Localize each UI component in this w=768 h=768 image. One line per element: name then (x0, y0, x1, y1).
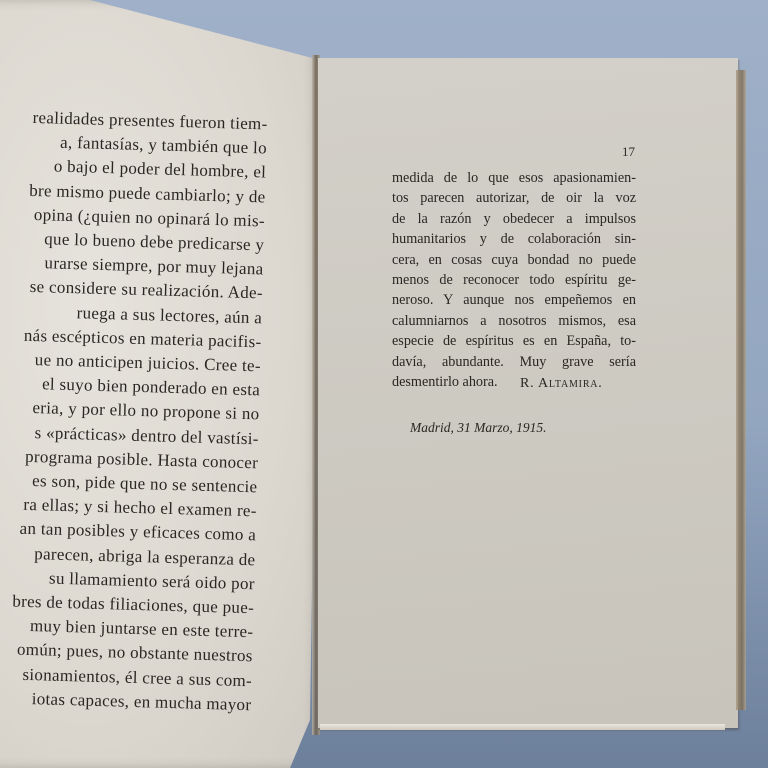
text-line: neroso. Y aunque nos empeñemos en (392, 290, 636, 310)
text-line: calumniarnos a nosotros mismos, esa (392, 311, 636, 331)
open-book-photo: realidades presentes fueron tiem- a, fan… (0, 0, 768, 768)
right-page-text: medida de lo que esos apasionamien- tos … (392, 168, 636, 392)
text-line: menos de reconocer todo espíritu ge- (392, 270, 636, 290)
text-line: tos parecen autorizar, de oir la voz (392, 188, 636, 208)
text-line: especie de espíritus es en España, to- (392, 331, 636, 351)
text-line: cera, en cosas cuya bondad no puede (392, 250, 636, 270)
text-line: medida de lo que esos apasionamien- (392, 168, 636, 188)
right-page (318, 58, 738, 728)
dateline: Madrid, 31 Marzo, 1915. (410, 420, 547, 436)
text-line: davía, abundante. Muy grave sería (392, 352, 636, 372)
page-bottom-edge (320, 724, 725, 730)
text-line: de la razón y obedecer a impulsos (392, 209, 636, 229)
left-page-text: realidades presentes fueron tiem- a, fan… (0, 105, 268, 717)
author-signature: R. Altamira. (520, 376, 603, 392)
text-line: humanitarios y de colaboración sin- (392, 229, 636, 249)
page-number: 17 (622, 144, 635, 160)
page-edge (736, 70, 746, 710)
